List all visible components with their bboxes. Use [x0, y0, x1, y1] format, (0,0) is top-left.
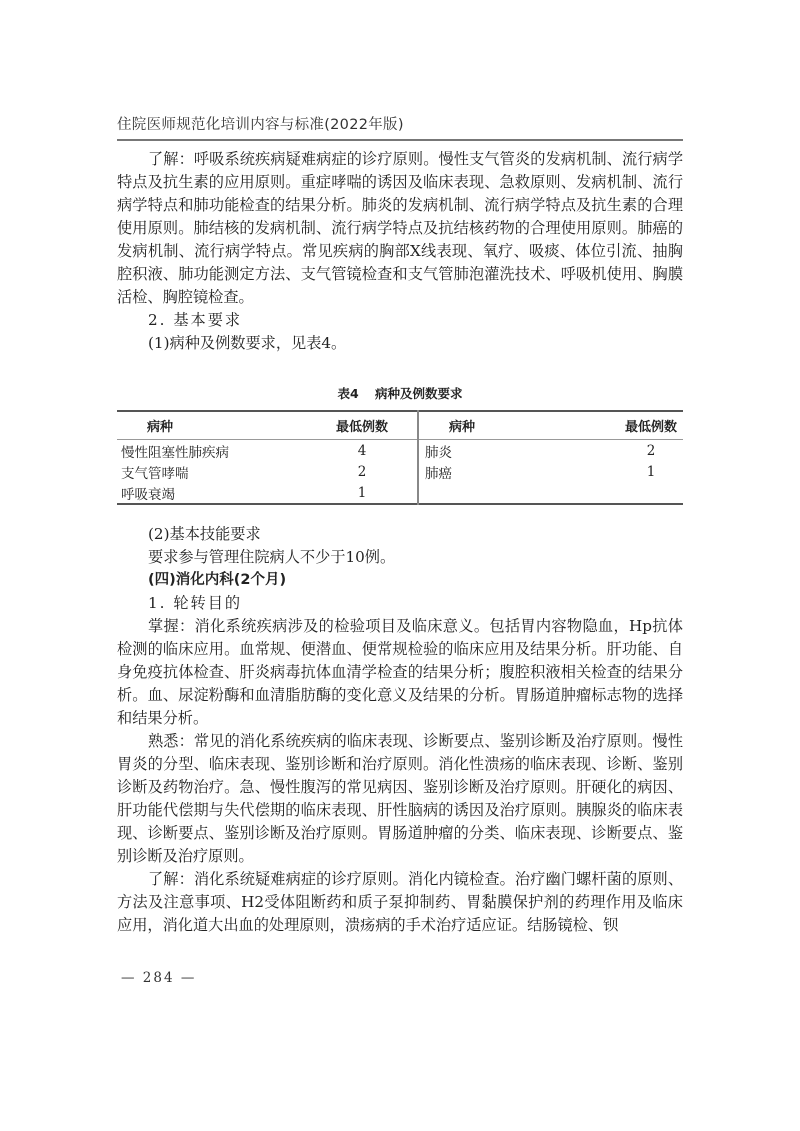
min-count-cell: 2	[307, 461, 418, 482]
gastro-master-paragraph: 掌握：消化系统疾病涉及的检验项目及临床意义。包括胃内容物隐血，Hp抗体检测的临床…	[117, 615, 683, 730]
disease-cell: 肺癌	[418, 461, 619, 482]
skills-text: 要求参与管理住院病人不少于10例。	[117, 546, 683, 569]
skills-heading: (2)基本技能要求	[117, 523, 683, 546]
running-header: 住院医师规范化培训内容与标准(2022年版)	[117, 113, 404, 134]
disease-cell: 肺炎	[418, 440, 619, 462]
rotation-goal-heading: 1. 轮转目的	[117, 592, 683, 615]
table-row: 慢性阻塞性肺疾病 4 肺炎 2	[117, 440, 683, 462]
table-caption: 表4 病种及例数要求	[117, 384, 683, 402]
table-row: 呼吸衰竭 1	[117, 482, 683, 504]
header-rule	[117, 139, 683, 141]
min-count-cell: 4	[307, 440, 418, 462]
table-row: 支气管哮喘 2 肺癌 1	[117, 461, 683, 482]
col-header-disease-left: 病种	[117, 411, 307, 440]
gastro-familiar-paragraph: 熟悉：常见的消化系统疾病的临床表现、诊断要点、鉴别诊断及治疗原则。慢性胃炎的分型…	[117, 730, 683, 868]
min-count-cell: 1	[619, 461, 683, 482]
min-count-cell	[619, 482, 683, 504]
col-header-min-left: 最低例数	[307, 411, 418, 440]
disease-cell: 支气管哮喘	[117, 461, 307, 482]
disease-cases-intro: (1)病种及例数要求，见表4。	[117, 332, 683, 355]
gastro-understand-paragraph: 了解：消化系统疑难病症的诊疗原则。消化内镜检查。治疗幽门螺杆菌的原则、方法及注意…	[117, 868, 683, 937]
col-header-min-right: 最低例数	[619, 411, 683, 440]
disease-cell	[418, 482, 619, 504]
table-caption-title: 病种及例数要求	[375, 386, 463, 401]
table-caption-label: 表4	[337, 386, 358, 401]
col-header-disease-right: 病种	[418, 411, 619, 440]
table-header-row: 病种 最低例数 病种 最低例数	[117, 411, 683, 440]
respiratory-understand-paragraph: 了解：呼吸系统疾病疑难病症的诊疗原则。慢性支气管炎的发病机制、流行病学特点及抗生…	[117, 148, 683, 309]
page-body: 了解：呼吸系统疾病疑难病症的诊疗原则。慢性支气管炎的发病机制、流行病学特点及抗生…	[117, 148, 683, 937]
basic-requirements-heading: 2. 基本要求	[117, 309, 683, 332]
gastro-section-heading: (四)消化内科(2个月)	[117, 569, 683, 592]
disease-cell: 呼吸衰竭	[117, 482, 307, 504]
disease-cell: 慢性阻塞性肺疾病	[117, 440, 307, 462]
page-number: — 284 —	[121, 970, 196, 986]
after-table-section: (2)基本技能要求 要求参与管理住院病人不少于10例。 (四)消化内科(2个月)…	[117, 523, 683, 937]
min-count-cell: 1	[307, 482, 418, 504]
disease-cases-table: 病种 最低例数 病种 最低例数 慢性阻塞性肺疾病 4 肺炎 2 支气管哮喘 2 …	[117, 410, 683, 505]
min-count-cell: 2	[619, 440, 683, 462]
